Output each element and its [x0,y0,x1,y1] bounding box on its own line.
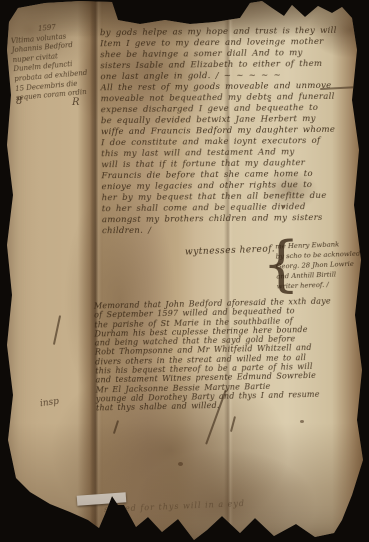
margin-mark-r: R [72,97,80,108]
text-line: writer hereof. / [277,278,366,291]
witness-names-block: me Henry Ewbankby scho to be acknowledgG… [275,238,366,291]
pen-stroke [230,416,236,432]
ink-blot [178,462,183,466]
paper-sheet: 1597Vltima voluntasJohannis Bedfordnuper… [0,0,369,542]
manuscript-photo: 1597Vltima voluntasJohannis Bedfordnuper… [0,0,369,542]
pen-stroke [113,420,119,434]
pen-stroke [53,315,61,345]
insp-mark: insp [39,397,59,410]
probate-margin-note: 1597Vltima voluntasJohannis Bedfordnuper… [10,21,90,104]
ink-blot [300,420,304,423]
will-text-block: by gods helpe as my hope and trust is th… [100,26,339,237]
ink-blot [282,205,285,208]
margin-mark-eight: 8 [16,96,22,107]
memorandum-block: Memorand that John Bedford aforesaid the… [94,297,333,414]
text-line: children. / [102,224,339,237]
ink-blot [268,100,271,102]
